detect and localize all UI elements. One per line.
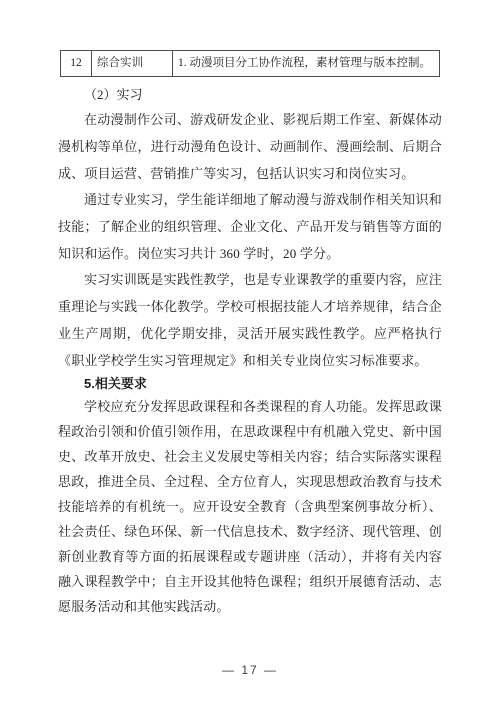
subheading-internship: （2）实习: [58, 83, 442, 107]
document-body: （2）实习 在动漫制作公司、游戏研发企业、影视后期工作室、新媒体动漫机构等单位，…: [58, 83, 442, 619]
paragraph-internship-gains: 通过专业实习，学生能详细地了解动漫与游戏制作相关知识和技能；了解企业的组织管理、…: [58, 187, 442, 267]
section-heading-related-requirements: 5.相关要求: [58, 374, 442, 394]
paragraph-practice-teaching: 实习实训既是实践性教学，也是专业课教学的重要内容，应注重理论与实践一体化教学。学…: [58, 267, 442, 374]
paragraph-internship-sites: 在动漫制作公司、游戏研发企业、影视后期工作室、新媒体动漫机构等单位，进行动漫角色…: [58, 107, 442, 187]
course-table: 12 综合实训 1. 动漫项目分工协作流程，素材管理与版本控制。: [60, 50, 440, 77]
paragraph-ideology-requirements: 学校应充分发挥思政课程和各类课程的育人功能。发挥思政课程政治引领和价值引领作用，…: [58, 394, 442, 619]
page-number: — 17 —: [0, 663, 500, 677]
table-row: 12 综合实训 1. 动漫项目分工协作流程，素材管理与版本控制。: [61, 51, 440, 77]
table-cell-row-number: 12: [61, 51, 92, 77]
table-cell-course-name: 综合实训: [92, 51, 173, 77]
table-cell-course-content: 1. 动漫项目分工协作流程，素材管理与版本控制。: [173, 51, 440, 77]
document-page: 12 综合实训 1. 动漫项目分工协作流程，素材管理与版本控制。 （2）实习 在…: [0, 0, 500, 707]
